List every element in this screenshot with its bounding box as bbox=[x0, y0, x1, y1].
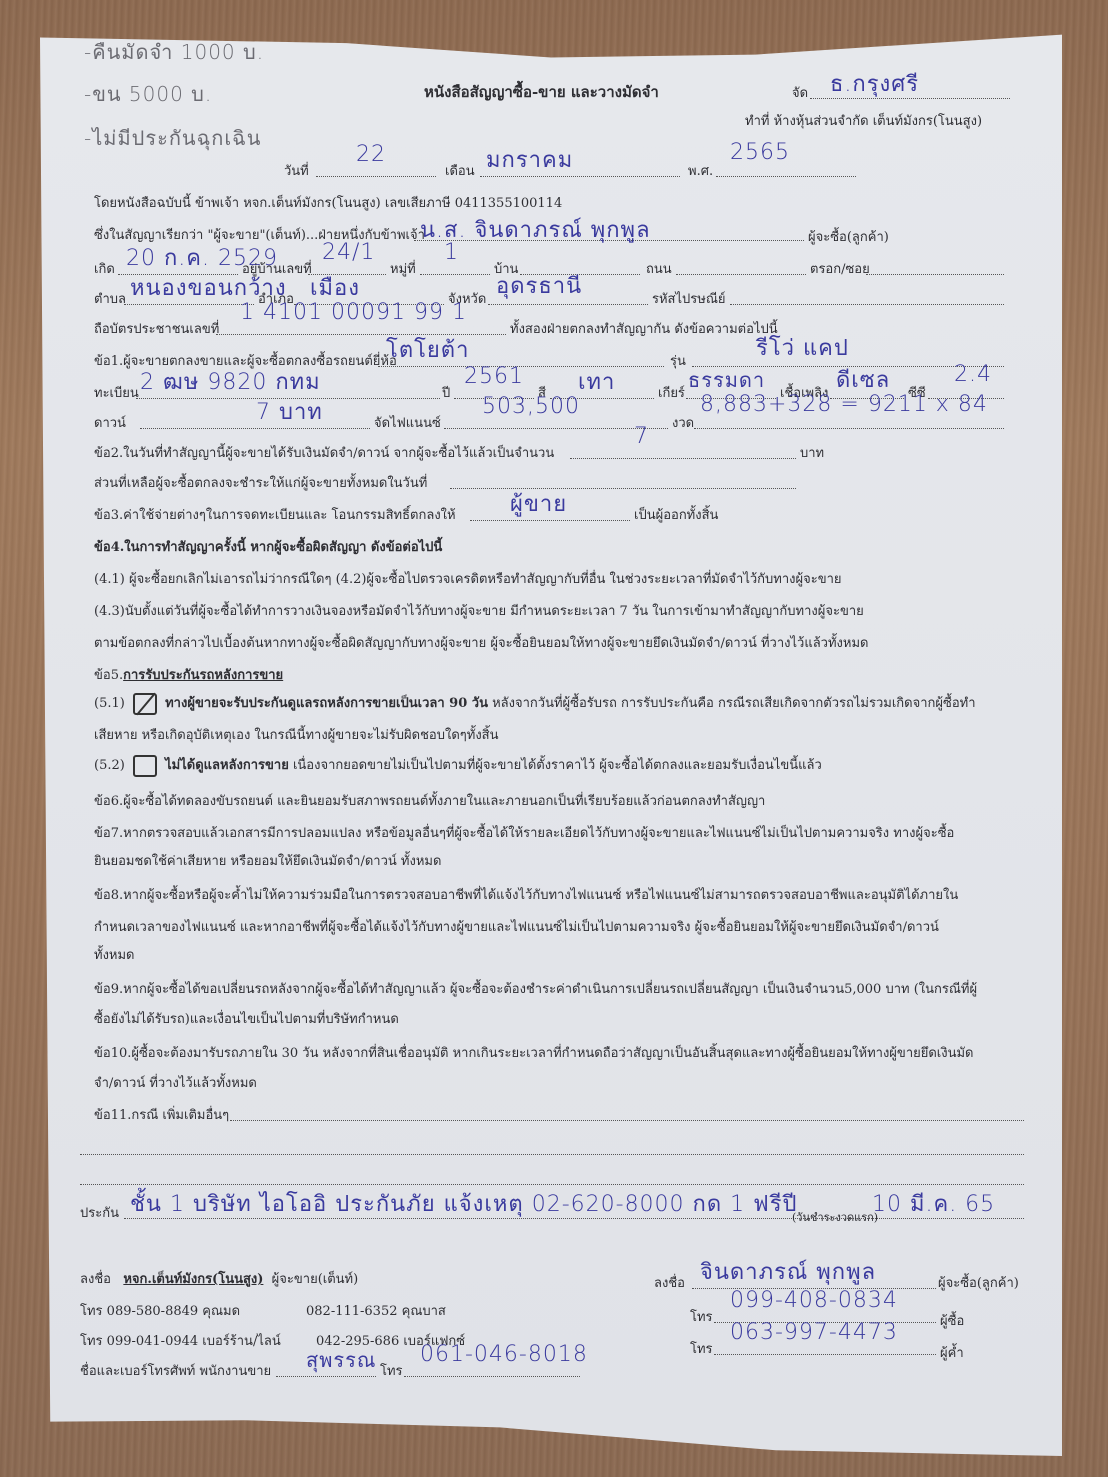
clause-11: ข้อ11.กรณี เพิ่มเติมอื่นๆ bbox=[94, 1104, 229, 1125]
no-warranty-checkbox[interactable] bbox=[133, 755, 157, 777]
guarantor-phone-role: ผู้ค้ำ bbox=[940, 1342, 964, 1363]
guarantor-phone-label: โทร bbox=[690, 1338, 713, 1359]
vehicle-year: 2561 bbox=[464, 364, 524, 389]
clause-5-1-line2: เสียหาย หรือเกิดอุบัติเหตุเอง ในกรณีนี้ท… bbox=[94, 724, 499, 745]
clause-4-3b: ตามข้อตกลงที่กล่าวไปเบื้องต้นหากทางผู้จะ… bbox=[94, 632, 868, 653]
branch-value: ธ.กรุงศรี bbox=[830, 66, 919, 101]
clause-7b: ยินยอมชดใช้ค่าเสียหาย หรือยอมให้ยึดเงินม… bbox=[94, 850, 441, 871]
clause-6: ข้อ6.ผู้จะซื้อได้ทดลองขับรถยนต์ และยินยอ… bbox=[94, 790, 765, 811]
vehicle-color: เทา bbox=[578, 364, 615, 399]
date-year-label: พ.ศ. bbox=[688, 160, 713, 181]
buyer-signature: จินดาภรณ์ พุกพูล bbox=[700, 1254, 876, 1289]
clause-8c: ทั้งหมด bbox=[94, 944, 135, 965]
clause-10a: ข้อ10.ผู้ซื้อจะต้องมารับรถภายใน 30 วัน ห… bbox=[94, 1042, 973, 1063]
clause-10b: จำ/ดาวน์ ที่วางไว้แล้วทั้งหมด bbox=[94, 1072, 257, 1093]
clause-9a: ข้อ9.หากผู้จะซื้อได้ขอเปลี่ยนรถหลังจากผู… bbox=[94, 978, 977, 999]
seller-phone-1: โทร 089-580-8849 คุณมด bbox=[80, 1300, 240, 1321]
clause-5-2: (5.2) ไม่ได้ดูแลหลังการขาย เนื่องจากยอดข… bbox=[94, 754, 822, 777]
clause-9b: ซื้อยังไม่ได้รับรถ)และเงื่อนไขเป็นไปตามท… bbox=[94, 1008, 399, 1029]
vehicle-brand: โตโยต้า bbox=[386, 332, 469, 367]
clause-2b: ส่วนที่เหลือผู้จะซื้อตกลงจะชำระให้แก่ผู้… bbox=[94, 472, 427, 493]
margin-note-2: -ขน 5000 บ. bbox=[84, 78, 212, 110]
sales-label: ชื่อและเบอร์โทรศัพท์ พนักงานขาย bbox=[80, 1360, 271, 1381]
road-label: ถนน bbox=[646, 258, 672, 279]
margin-note-3: -ไม่มีประกันฉุกเฉิน bbox=[84, 122, 261, 154]
document-title: หนังสือสัญญาซื้อ-ขาย และวางมัดจำ bbox=[424, 80, 659, 104]
buyer-phone-label: โทร bbox=[690, 1306, 713, 1327]
clause-4: ข้อ4.ในการทำสัญญาครั้งนี้ หากผู้จะซื้อผิ… bbox=[94, 536, 442, 557]
postcode-label: รหัสไปรษณีย์ bbox=[652, 288, 726, 309]
clause-4-3a: (4.3)นับตั้งแต่วันที่ผู้จะซื้อได้ทำการวา… bbox=[94, 600, 864, 621]
down-label: ดาวน์ bbox=[94, 412, 126, 433]
id-label: ถือบัตรประชาชนเลขที่ bbox=[94, 318, 219, 339]
date-day-label: วันที่ bbox=[284, 160, 309, 181]
soi-label: ตรอก/ซอย bbox=[810, 258, 870, 279]
seller-phone-3: โทร 099-041-0944 เบอร์ร้าน/ไลน์ bbox=[80, 1330, 281, 1351]
agree-text: ทั้งสองฝ่ายตกลงทำสัญญากัน ดังข้อความต่อไ… bbox=[510, 318, 778, 339]
clause-8b: กำหนดเวลาของไฟแนนซ์ และหากอาชีพที่ผู้จะซ… bbox=[94, 916, 939, 937]
buyer-phone: 099-408-0834 bbox=[730, 1288, 898, 1313]
insurance-value: ชั้น 1 บริษัท ไอโออิ ประกันภัย แจ้งเหตุ … bbox=[130, 1186, 798, 1221]
branch-label: จัด bbox=[792, 82, 808, 103]
born-label: เกิด bbox=[94, 258, 115, 279]
clause-2: ข้อ2.ในวันที่ทำสัญญานี้ผู้จะขายได้รับเงิ… bbox=[94, 442, 554, 463]
made-at: ทำที่ ห้างหุ้นส่วนจำกัด เต็นท์มังกร(โนนส… bbox=[745, 110, 982, 131]
province-value: อุดรธานี bbox=[496, 268, 582, 303]
date-day: 22 bbox=[356, 142, 386, 167]
date-month-label: เดือน bbox=[445, 160, 475, 181]
installment-value: 8,883+328 = 9211 x 84 bbox=[700, 392, 988, 417]
clause-5: ข้อ5.การรับประกันรถหลังการขาย bbox=[94, 664, 283, 685]
clause-2-unit: บาท bbox=[800, 442, 824, 463]
down-value: 7 บาท bbox=[256, 394, 323, 429]
clause-3-value: ผู้ขาย bbox=[510, 486, 567, 521]
date-year: 2565 bbox=[730, 140, 790, 165]
clause-3-end: เป็นผู้ออกทั้งสิ้น bbox=[634, 504, 718, 525]
first-payment-date: 10 มี.ค. 65 bbox=[872, 1186, 995, 1221]
warranty-checkbox-checked[interactable] bbox=[133, 693, 157, 715]
vehicle-model: รีโว่ แคป bbox=[756, 330, 849, 365]
moo-label: หมู่ที่ bbox=[390, 258, 416, 279]
guarantor-phone: 063-997-4473 bbox=[730, 1320, 898, 1345]
clause-5-1: (5.1) ทางผู้ขายจะรับประกันดูแลรถหลังการข… bbox=[94, 692, 976, 715]
first-payment-label: (วันชำระงวดแรก) bbox=[792, 1208, 878, 1226]
installment-label: งวด bbox=[672, 412, 694, 433]
sales-phone-label: โทร bbox=[380, 1360, 403, 1381]
seller-sign: ลงชื่อ หจก.เต็นท์มังกร(โนนสูง) ผู้จะขาย(… bbox=[80, 1268, 358, 1289]
seller-phone-2: 082-111-6352 คุณบาส bbox=[306, 1300, 446, 1321]
vehicle-cc: 2.4 bbox=[954, 362, 992, 387]
finance-value: 503,500 bbox=[482, 394, 580, 419]
buyer-phone-role: ผู้ซื้อ bbox=[940, 1310, 964, 1331]
clause-2-value: 7 bbox=[634, 424, 649, 449]
reg-label: ทะเบียน bbox=[94, 382, 139, 403]
clause-8a: ข้อ8.หากผู้จะซื้อหรือผู้จะค้ำไม่ให้ความร… bbox=[94, 884, 958, 905]
year-label: ปี bbox=[442, 382, 450, 403]
id-value: 1 4101 00091 99 1 bbox=[240, 300, 467, 325]
clause-3: ข้อ3.ค่าใช้จ่ายต่างๆในการจดทะเบียนและ โอ… bbox=[94, 504, 456, 525]
moo-value: 1 bbox=[444, 240, 459, 265]
gear-label: เกียร์ bbox=[658, 382, 685, 403]
clause-7a: ข้อ7.หากตรวจสอบแล้วเอกสารมีการปลอมแปลง ห… bbox=[94, 822, 954, 843]
sales-phone: 061-046-8018 bbox=[420, 1342, 588, 1367]
clause-4-1: (4.1) ผู้จะซื้อยกเลิกไม่เอารถไม่ว่ากรณีใ… bbox=[94, 568, 842, 589]
model-label: รุ่น bbox=[670, 350, 686, 371]
date-month: มกราคม bbox=[486, 142, 573, 177]
buyer-sign-label: ลงชื่อ bbox=[654, 1272, 685, 1293]
subdistrict-label: ตำบล bbox=[94, 288, 126, 309]
sales-name: สุพรรณ bbox=[306, 1344, 376, 1376]
contract-document: -คืนมัดจำ 1000 บ. -ขน 5000 บ. -ไม่มีประก… bbox=[40, 26, 1062, 1456]
buyer-label: ผู้จะซื้อ(ลูกค้า) bbox=[808, 226, 889, 247]
house-no: 24/1 bbox=[322, 240, 375, 265]
intro-text: โดยหนังสือฉบับนี้ ข้าพเจ้า หจก.เต็นท์มัง… bbox=[94, 192, 562, 213]
finance-label: จัดไฟแนนซ์ bbox=[374, 412, 441, 433]
insurance-label: ประกัน bbox=[80, 1202, 119, 1223]
buyer-sign-role: ผู้จะซื้อ(ลูกค้า) bbox=[938, 1272, 1019, 1293]
